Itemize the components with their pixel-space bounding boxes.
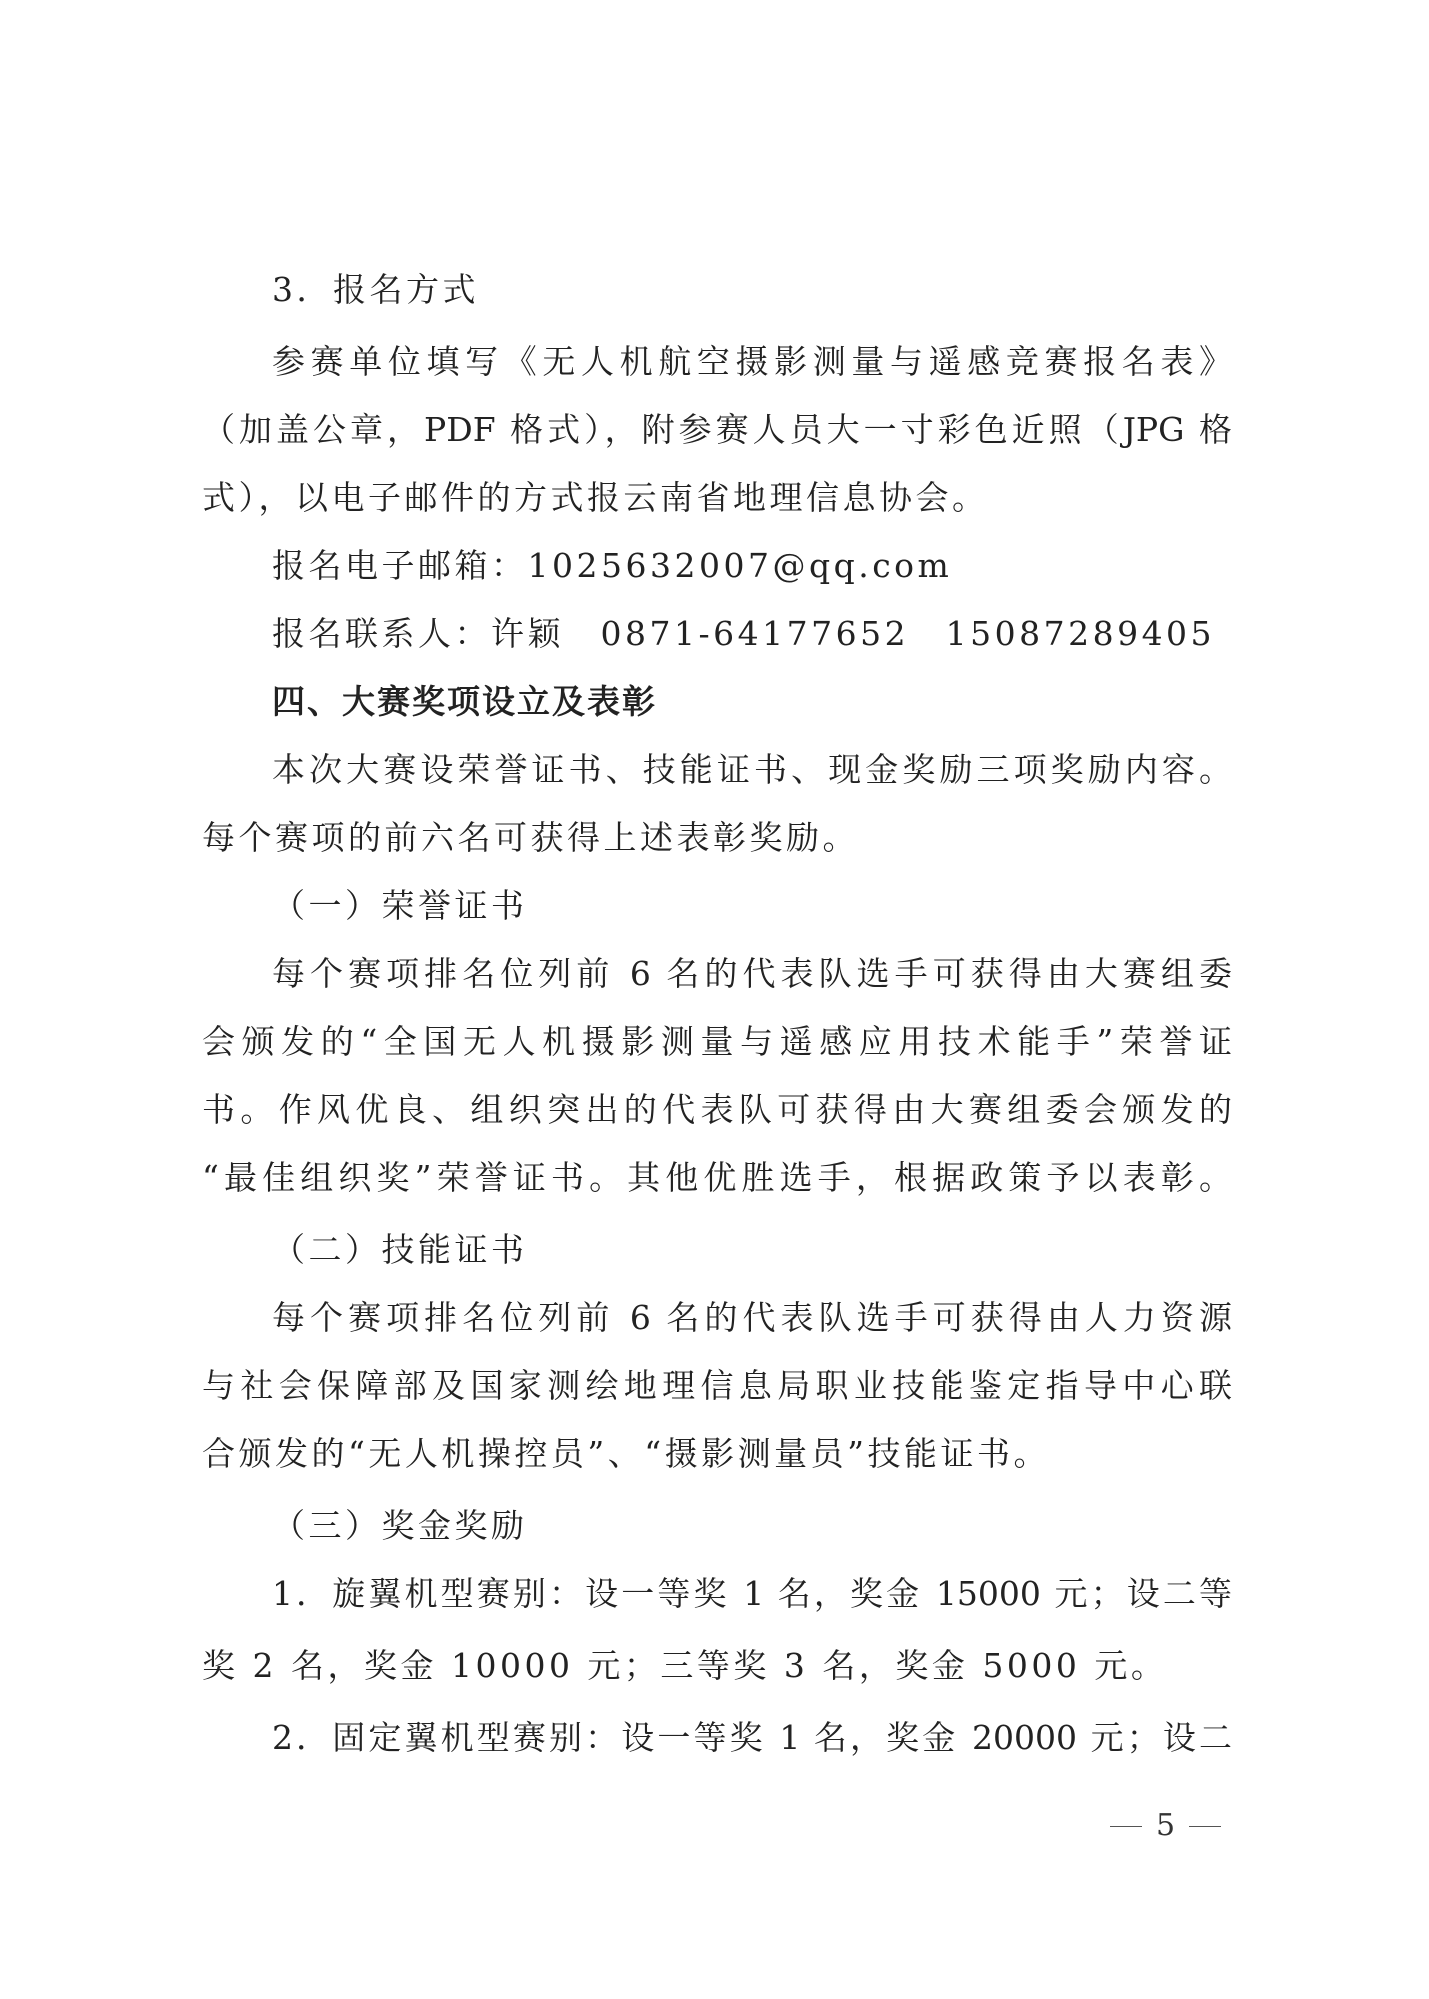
text-line: 报名联系人：许颖 0871-64177652 15087289405 <box>272 614 1232 654</box>
text-line: 3．报名方式 <box>272 270 1232 310</box>
text-line: 报名电子邮箱：1025632007@qq.com <box>272 546 1232 586</box>
text-line: 每个赛项排名位列前 6 名的代表队选手可获得由大赛组委 <box>272 954 1232 994</box>
text-line: 式），以电子邮件的方式报云南省地理信息协会。 <box>202 478 1232 518</box>
text-line: （一）荣誉证书 <box>272 886 1232 926</box>
text-line: 每个赛项排名位列前 6 名的代表队选手可获得由人力资源 <box>272 1298 1232 1338</box>
text-line: 会颁发的“全国无人机摄影测量与遥感应用技术能手”荣誉证 <box>202 1022 1232 1062</box>
text-line: “最佳组织奖”荣誉证书。其他优胜选手，根据政策予以表彰。 <box>202 1158 1232 1198</box>
page-footer: 5 <box>1110 1806 1221 1846</box>
text-line: 每个赛项的前六名可获得上述表彰奖励。 <box>202 818 1232 858</box>
document-page: 3．报名方式参赛单位填写《无人机航空摄影测量与遥感竞赛报名表》（加盖公章，PDF… <box>0 0 1429 1999</box>
text-line: 本次大赛设荣誉证书、技能证书、现金奖励三项奖励内容。 <box>272 750 1232 790</box>
text-line: 与社会保障部及国家测绘地理信息局职业技能鉴定指导中心联 <box>202 1366 1232 1406</box>
text-line: 参赛单位填写《无人机航空摄影测量与遥感竞赛报名表》 <box>272 342 1232 382</box>
text-line: 书。作风优良、组织突出的代表队可获得由大赛组委会颁发的 <box>202 1090 1232 1130</box>
text-line: 1．旋翼机型赛别：设一等奖 1 名，奖金 15000 元；设二等 <box>272 1574 1232 1614</box>
page-number: 5 <box>1156 1806 1175 1846</box>
footer-dash-right <box>1189 1826 1221 1827</box>
text-line: （加盖公章，PDF 格式），附参赛人员大一寸彩色近照（JPG 格 <box>202 410 1232 450</box>
text-line: 奖 2 名，奖金 10000 元；三等奖 3 名，奖金 5000 元。 <box>202 1646 1232 1686</box>
text-line: 合颁发的“无人机操控员”、“摄影测量员”技能证书。 <box>202 1434 1232 1474</box>
section-heading: 四、大赛奖项设立及表彰 <box>272 682 1232 722</box>
text-line: 2．固定翼机型赛别：设一等奖 1 名，奖金 20000 元；设二 <box>272 1718 1232 1758</box>
text-line: （二）技能证书 <box>272 1230 1232 1270</box>
text-line: （三）奖金奖励 <box>272 1506 1232 1546</box>
footer-dash-left <box>1110 1826 1142 1827</box>
